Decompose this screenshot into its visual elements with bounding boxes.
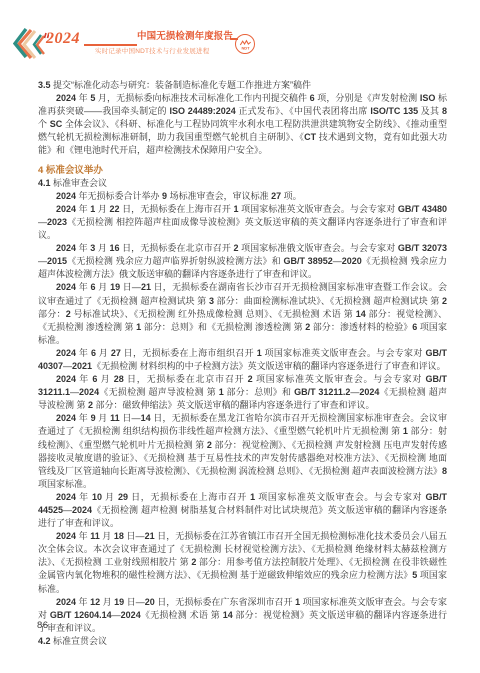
section-heading: 3.5 提交“标准化动态与研究：装备制造标准化专题工作推进方案”稿件 bbox=[38, 79, 447, 92]
paragraph: 2024 年 3 月 16 日，无损标委在北京市召开 2 项国家标准俄文版审查会… bbox=[38, 242, 447, 281]
section-heading: 4.1 标准审查会议 bbox=[38, 177, 447, 190]
paragraph: 2024 年 6 月 19 日—21 日，无损标委在湖南省长沙市召开无损检测国家… bbox=[38, 281, 447, 346]
header-year: 2024 bbox=[46, 30, 80, 48]
section-heading: 4 标准会议举办 bbox=[38, 164, 447, 177]
chevrons-logo-icon bbox=[13, 28, 49, 62]
paragraph: 2024 年 1 月 22 日，无损标委在上海市召开 1 项国家标准英文版审查会… bbox=[38, 203, 447, 242]
paragraph: 2024 年 9 月 11 日—14 日，无损标委在黑龙江省哈尔滨市召开无损检测… bbox=[38, 412, 447, 491]
report-page: 2024 中国无损检测年度报告 实时记录中国NDT技术与行业发展进程 NDT 3… bbox=[0, 0, 480, 673]
paragraph: 2024 年 11 月 18 日—21 日，无损标委在江苏省镇江市召开全国无损检… bbox=[38, 530, 447, 595]
paragraph: 2024 年 6 月 28 日，无损标委在北京市召开 2 项国家标准英文版审查会… bbox=[38, 373, 447, 412]
ndt-logo-icon: NDT bbox=[235, 34, 255, 54]
ndt-logo-text: NDT bbox=[241, 45, 250, 50]
report-title: 中国无损检测年度报告 bbox=[137, 28, 233, 42]
document-body: 3.5 提交“标准化动态与研究：装备制造标准化专题工作推进方案”稿件2024 年… bbox=[38, 79, 447, 648]
paragraph: 2024 年 12 月 19 日—20 日，无损标委在广东省深圳市召开 1 项国… bbox=[38, 596, 447, 635]
page-number: 86 bbox=[37, 620, 49, 631]
paragraph: 2024 年 5 月，无损标委向标准技术司标准化工作内刊提交稿件 6 项，分别是… bbox=[38, 92, 447, 157]
paragraph: 2024 年无损标委合计举办 9 场标准审查会，审议标准 27 项。 bbox=[38, 190, 447, 203]
section-heading: 4.2 标准宣贯会议 bbox=[38, 635, 447, 648]
report-subtitle: 实时记录中国NDT技术与行业发展进程 bbox=[95, 46, 209, 55]
paragraph: 2024 年 6 月 27 日，无损标委在上海市组织召开 1 项国家标准英文版审… bbox=[38, 347, 447, 373]
page-header: 2024 中国无损检测年度报告 实时记录中国NDT技术与行业发展进程 NDT bbox=[0, 0, 480, 75]
paragraph: 2024 年 10 月 29 日，无损标委在上海市召开 1 项国家标准英文版审查… bbox=[38, 491, 447, 530]
